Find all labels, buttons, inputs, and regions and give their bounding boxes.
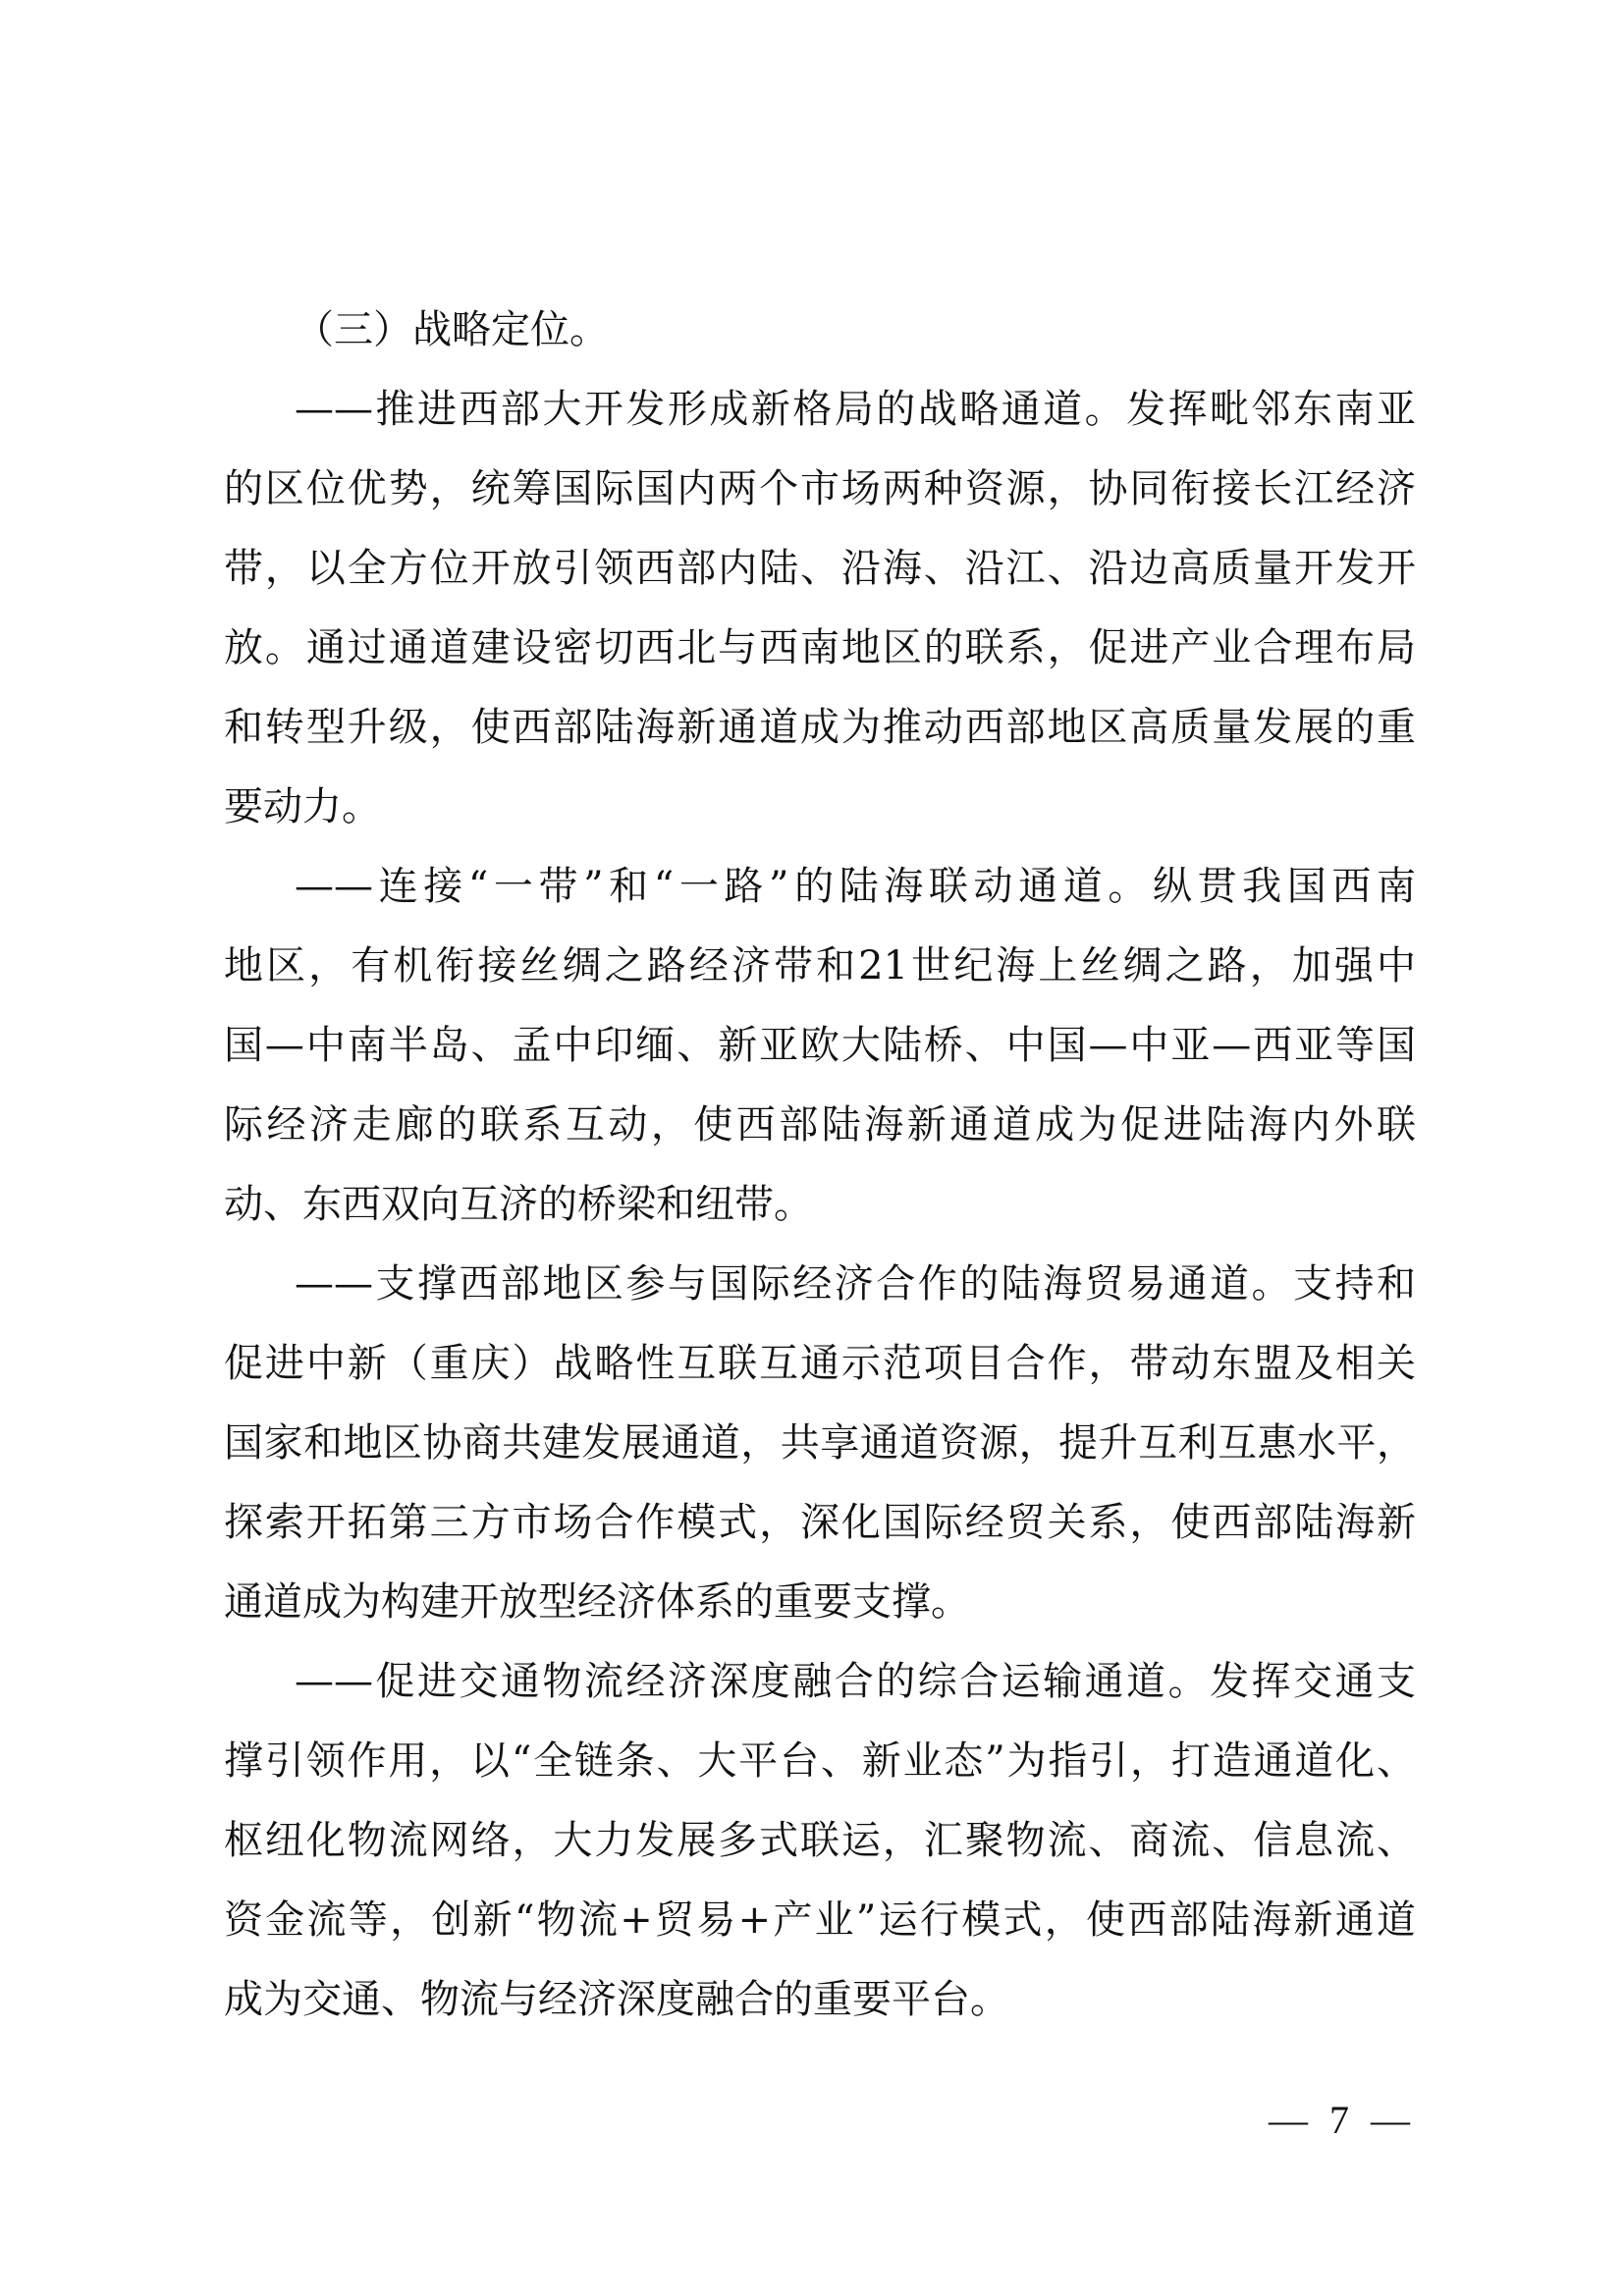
paragraph-line: 放。通过通道建设密切西北与西南地区的联系，促进产业合理布局	[224, 609, 1416, 688]
paragraph-line: 枢纽化物流网络，大力发展多式联运，汇聚物流、商流、信息流、	[224, 1801, 1416, 1881]
paragraph-trade-channel: ——支撑西部地区参与国际经济合作的陆海贸易通道。支持和 促进中新（重庆）战略性互…	[224, 1245, 1416, 1642]
paragraph-line: 国家和地区协商共建发展通道，共享通道资源，提升互利互惠水平，	[224, 1404, 1416, 1483]
paragraph-line: 促进中新（重庆）战略性互联互通示范项目合作，带动东盟及相关	[224, 1324, 1416, 1404]
body-text: （三）战略定位。 ——推进西部大开发形成新格局的战略通道。发挥毗邻东南亚 的区位…	[224, 291, 1416, 2040]
paragraph-line: 的区位优势，统筹国际国内两个市场两种资源，协同衔接长江经济	[224, 450, 1416, 529]
paragraph-line: 资金流等，创新“物流+贸易+产业”运行模式，使西部陆海新通道	[224, 1881, 1416, 1960]
section-heading: （三）战略定位。	[224, 291, 1416, 370]
paragraph-line: 探索开拓第三方市场合作模式，深化国际经贸关系，使西部陆海新	[224, 1483, 1416, 1563]
paragraph-line: ——支撑西部地区参与国际经济合作的陆海贸易通道。支持和	[224, 1245, 1416, 1324]
paragraph-line: 地区，有机衔接丝绸之路经济带和21世纪海上丝绸之路，加强中	[224, 927, 1416, 1006]
page-number: — 7 —	[1269, 2097, 1416, 2143]
paragraph-line: ——促进交通物流经济深度融合的综合运输通道。发挥交通支	[224, 1642, 1416, 1722]
paragraph-line: 际经济走廊的联系互动，使西部陆海新通道成为促进陆海内外联	[224, 1086, 1416, 1165]
document-page: （三）战略定位。 ——推进西部大开发形成新格局的战略通道。发挥毗邻东南亚 的区位…	[0, 0, 1624, 2296]
paragraph-line: ——推进西部大开发形成新格局的战略通道。发挥毗邻东南亚	[224, 370, 1416, 450]
paragraph-line: 成为交通、物流与经济深度融合的重要平台。	[224, 1960, 1416, 2040]
paragraph-line: ——连接“一带”和“一路”的陆海联动通道。纵贯我国西南	[224, 847, 1416, 927]
paragraph-transport-channel: ——促进交通物流经济深度融合的综合运输通道。发挥交通支 撑引领作用，以“全链条、…	[224, 1642, 1416, 2040]
paragraph-line: 通道成为构建开放型经济体系的重要支撑。	[224, 1563, 1416, 1642]
paragraph-line: 国—中南半岛、孟中印缅、新亚欧大陆桥、中国—中亚—西亚等国	[224, 1006, 1416, 1086]
paragraph-line: 动、东西双向互济的桥梁和纽带。	[224, 1165, 1416, 1245]
paragraph-line: 要动力。	[224, 768, 1416, 847]
paragraph-line: 和转型升级，使西部陆海新通道成为推动西部地区高质量发展的重	[224, 688, 1416, 768]
paragraph-line: 撑引领作用，以“全链条、大平台、新业态”为指引，打造通道化、	[224, 1722, 1416, 1801]
paragraph-line: 带，以全方位开放引领西部内陆、沿海、沿江、沿边高质量开发开	[224, 529, 1416, 609]
paragraph-belt-road-channel: ——连接“一带”和“一路”的陆海联动通道。纵贯我国西南 地区，有机衔接丝绸之路经…	[224, 847, 1416, 1245]
paragraph-strategic-channel-west: ——推进西部大开发形成新格局的战略通道。发挥毗邻东南亚 的区位优势，统筹国际国内…	[224, 370, 1416, 847]
